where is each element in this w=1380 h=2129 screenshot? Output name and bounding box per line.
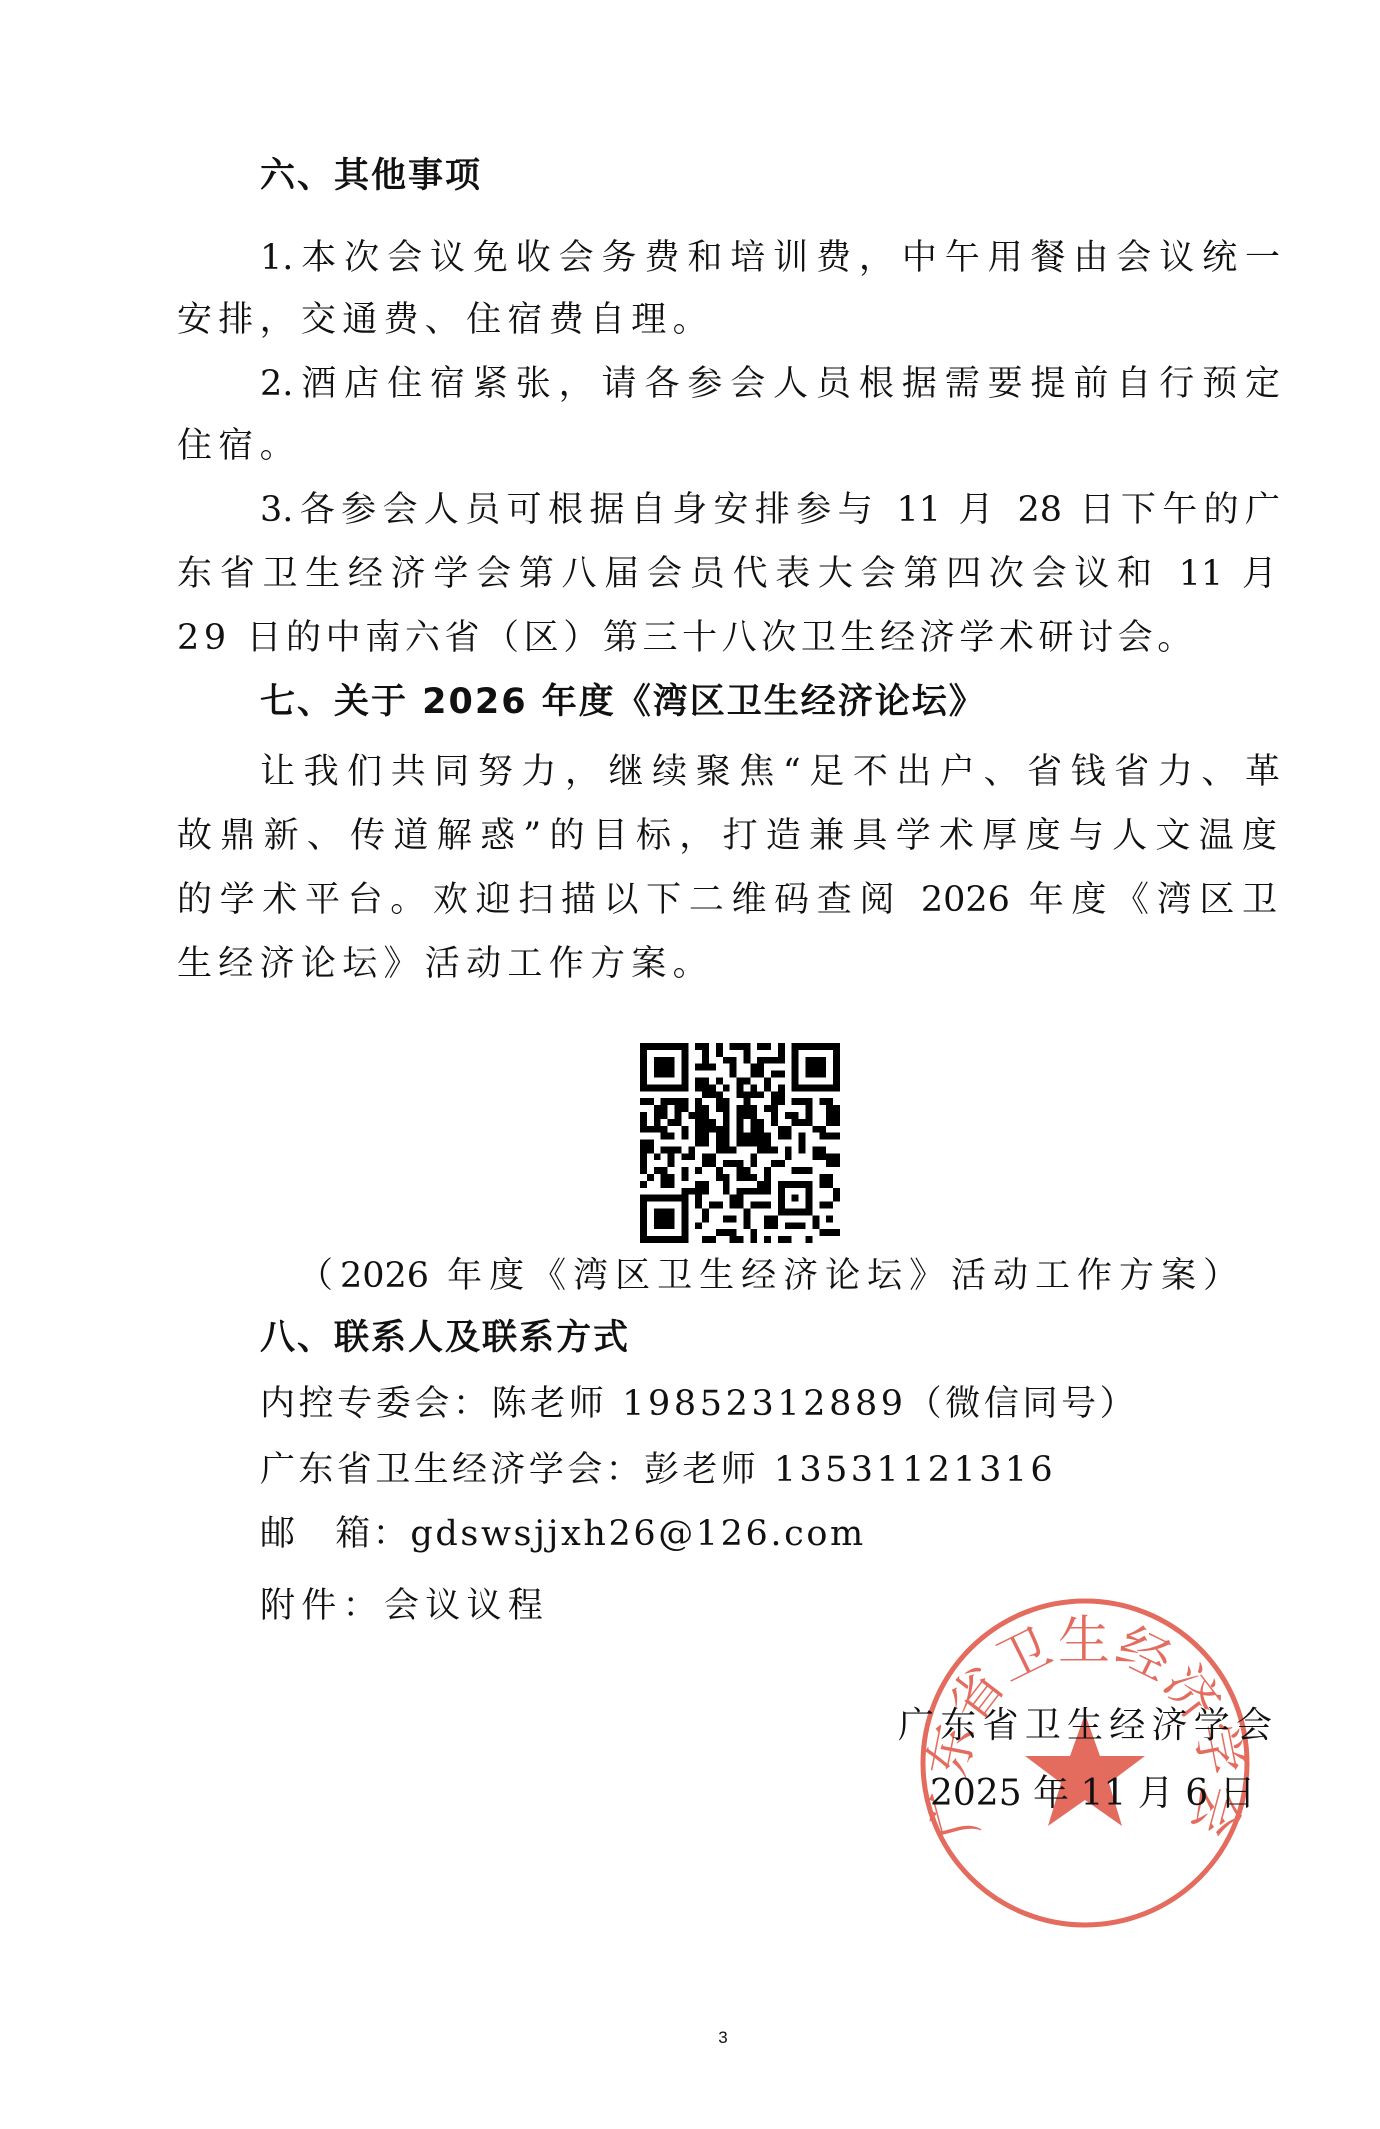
paragraph-line: 让我们共同努力，继续聚焦“足不出户、省钱省力、革 [260, 750, 1280, 794]
page-number: 3 [700, 2027, 746, 2049]
contact-line-society: 广东省卫生经济学会：彭老师 13531121316 [260, 1448, 1360, 1492]
contact-email[interactable]: 邮 箱：gdswsjjxh26@126.com [260, 1512, 1360, 1556]
official-seal-icon: 广东省卫生经济学会 [918, 1596, 1252, 1930]
paragraph-line: 29 日的中南六省（区）第三十八次卫生经济学术研讨会。 [177, 616, 1277, 660]
signature-date: 2025 年 11 月 6 日 [930, 1772, 1250, 1816]
contact-line-internal-control: 内控专委会：陈老师 19852312889（微信同号） [260, 1382, 1360, 1426]
paragraph-line: 东省卫生经济学会第八届会员代表大会第四次会议和 11 月 [177, 552, 1277, 596]
section-heading-other-matters: 六、其他事项 [260, 154, 1280, 198]
paragraph-line: 生经济论坛》活动工作方案。 [177, 942, 1277, 986]
document-page: 六、其他事项 1.本次会议免收会务费和培训费，中午用餐由会议统一 安排，交通费、… [0, 0, 1380, 2129]
section-heading-contact: 八、联系人及联系方式 [260, 1316, 1280, 1360]
paragraph-line: 安排，交通费、住宿费自理。 [177, 298, 1277, 342]
paragraph-line: 1.本次会议免收会务费和培训费，中午用餐由会议统一 [260, 236, 1280, 280]
paragraph-line: 2.酒店住宿紧张，请各参会人员根据需要提前自行预定 [260, 362, 1280, 406]
section-heading-bay-area-forum: 七、关于 2026 年度《湾区卫生经济论坛》 [260, 680, 1280, 724]
paragraph-line: 故鼎新、传道解惑”的目标，打造兼具学术厚度与人文温度 [177, 814, 1277, 858]
signature-organization: 广东省卫生经济学会 [898, 1704, 1272, 1748]
qr-code-icon[interactable] [640, 1043, 840, 1243]
paragraph-line: 住宿。 [177, 424, 1277, 468]
paragraph-line: 3.各参会人员可根据自身安排参与 11 月 28 日下午的广 [260, 488, 1280, 532]
paragraph-line: 的学术平台。欢迎扫描以下二维码查阅 2026 年度《湾区卫 [177, 878, 1277, 922]
qr-code-caption: （2026 年度《湾区卫生经济论坛》活动工作方案） [298, 1254, 1238, 1298]
